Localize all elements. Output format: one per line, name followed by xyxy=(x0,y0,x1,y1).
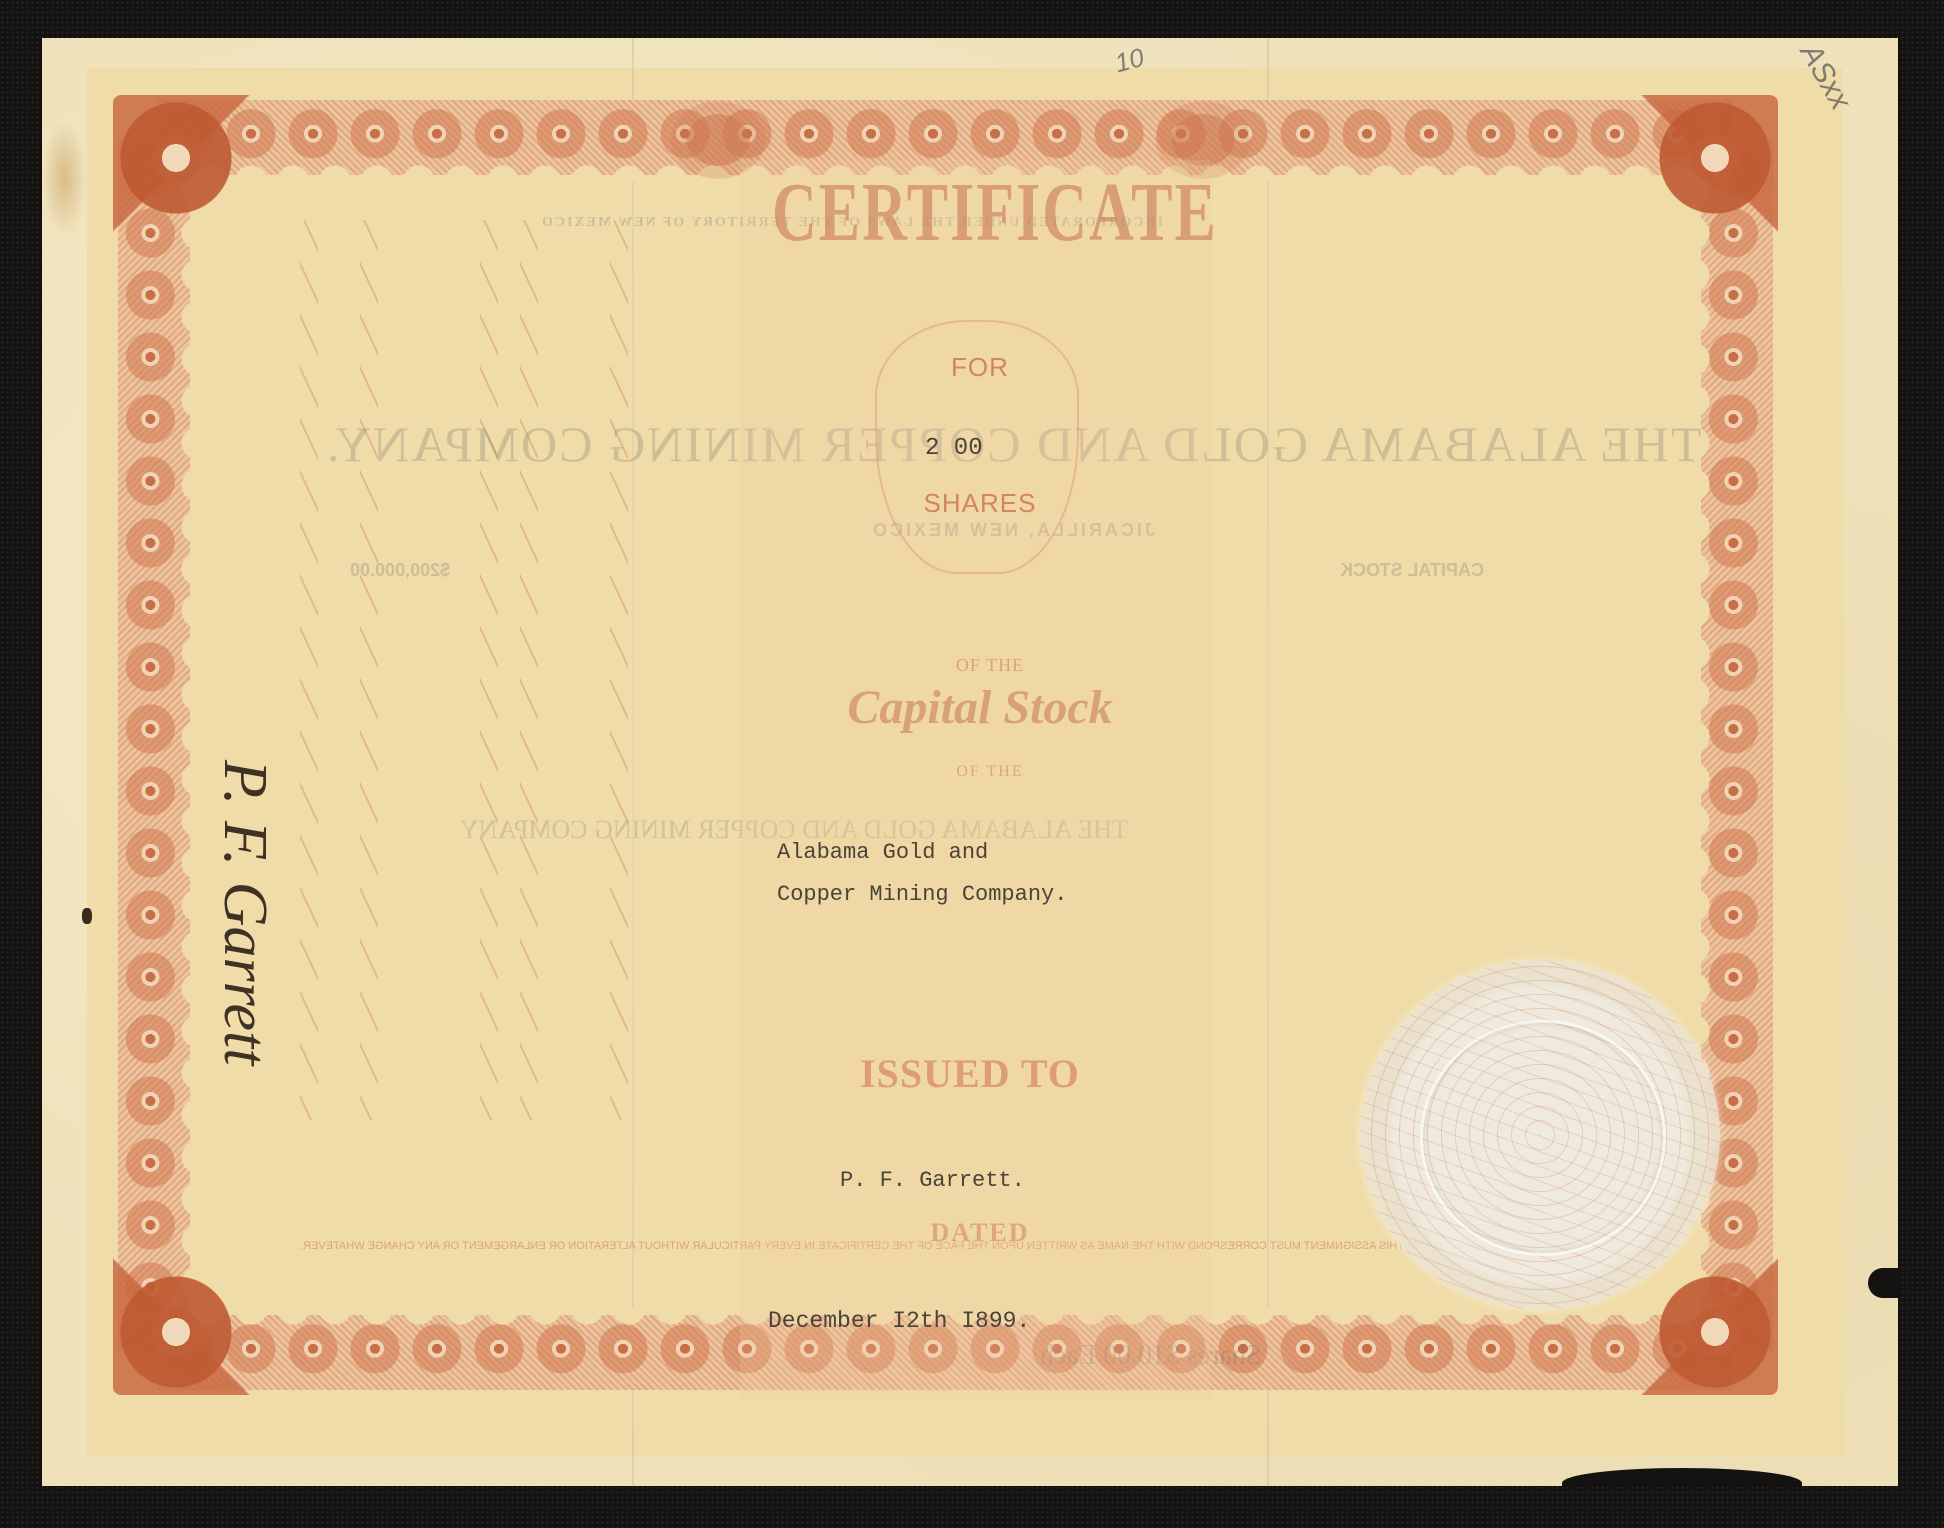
show-through-capital-stock: CAPITAL STOCK xyxy=(1340,560,1484,581)
company-name-line-2: Copper Mining Company. xyxy=(777,882,1067,907)
issued-to-label: ISSUED TO xyxy=(820,1050,1120,1097)
script-lines xyxy=(610,220,628,1120)
handwritten-signature: P. F. Garrett xyxy=(209,760,280,1065)
show-through-amount: $200,000.00 xyxy=(350,560,450,581)
company-name-line-1: Alabama Gold and xyxy=(777,840,988,865)
script-lines xyxy=(480,220,498,1120)
corner-ornament xyxy=(1628,95,1778,245)
of-the-label: OF THE xyxy=(900,655,1080,676)
tear-right-edge xyxy=(1868,1268,1898,1298)
ink-blot xyxy=(82,908,92,924)
tear-bottom-edge xyxy=(1562,1468,1802,1486)
shares-label: SHARES xyxy=(880,488,1080,519)
corner-ornament xyxy=(113,1245,263,1395)
embossed-corporate-seal xyxy=(1360,960,1720,1310)
issue-date: December I2th I899. xyxy=(768,1308,1030,1334)
shares-count: 2 00 xyxy=(925,435,983,462)
corner-ornament xyxy=(113,95,263,245)
water-stain xyxy=(42,118,87,238)
for-label: FOR xyxy=(880,352,1080,383)
script-lines xyxy=(360,220,378,1120)
holder-name: P. F. Garrett. xyxy=(840,1168,1025,1193)
dated-label: DATED xyxy=(880,1218,1080,1248)
of-the-label: OF THE xyxy=(900,763,1080,781)
seal-inner-ring xyxy=(1420,1020,1666,1256)
border-scallop xyxy=(178,170,198,1320)
certificate-title: CERTIFICATE xyxy=(772,166,1172,262)
capital-stock-heading: Capital Stock xyxy=(780,680,1180,735)
script-lines xyxy=(300,220,318,1120)
script-lines xyxy=(520,220,538,1120)
